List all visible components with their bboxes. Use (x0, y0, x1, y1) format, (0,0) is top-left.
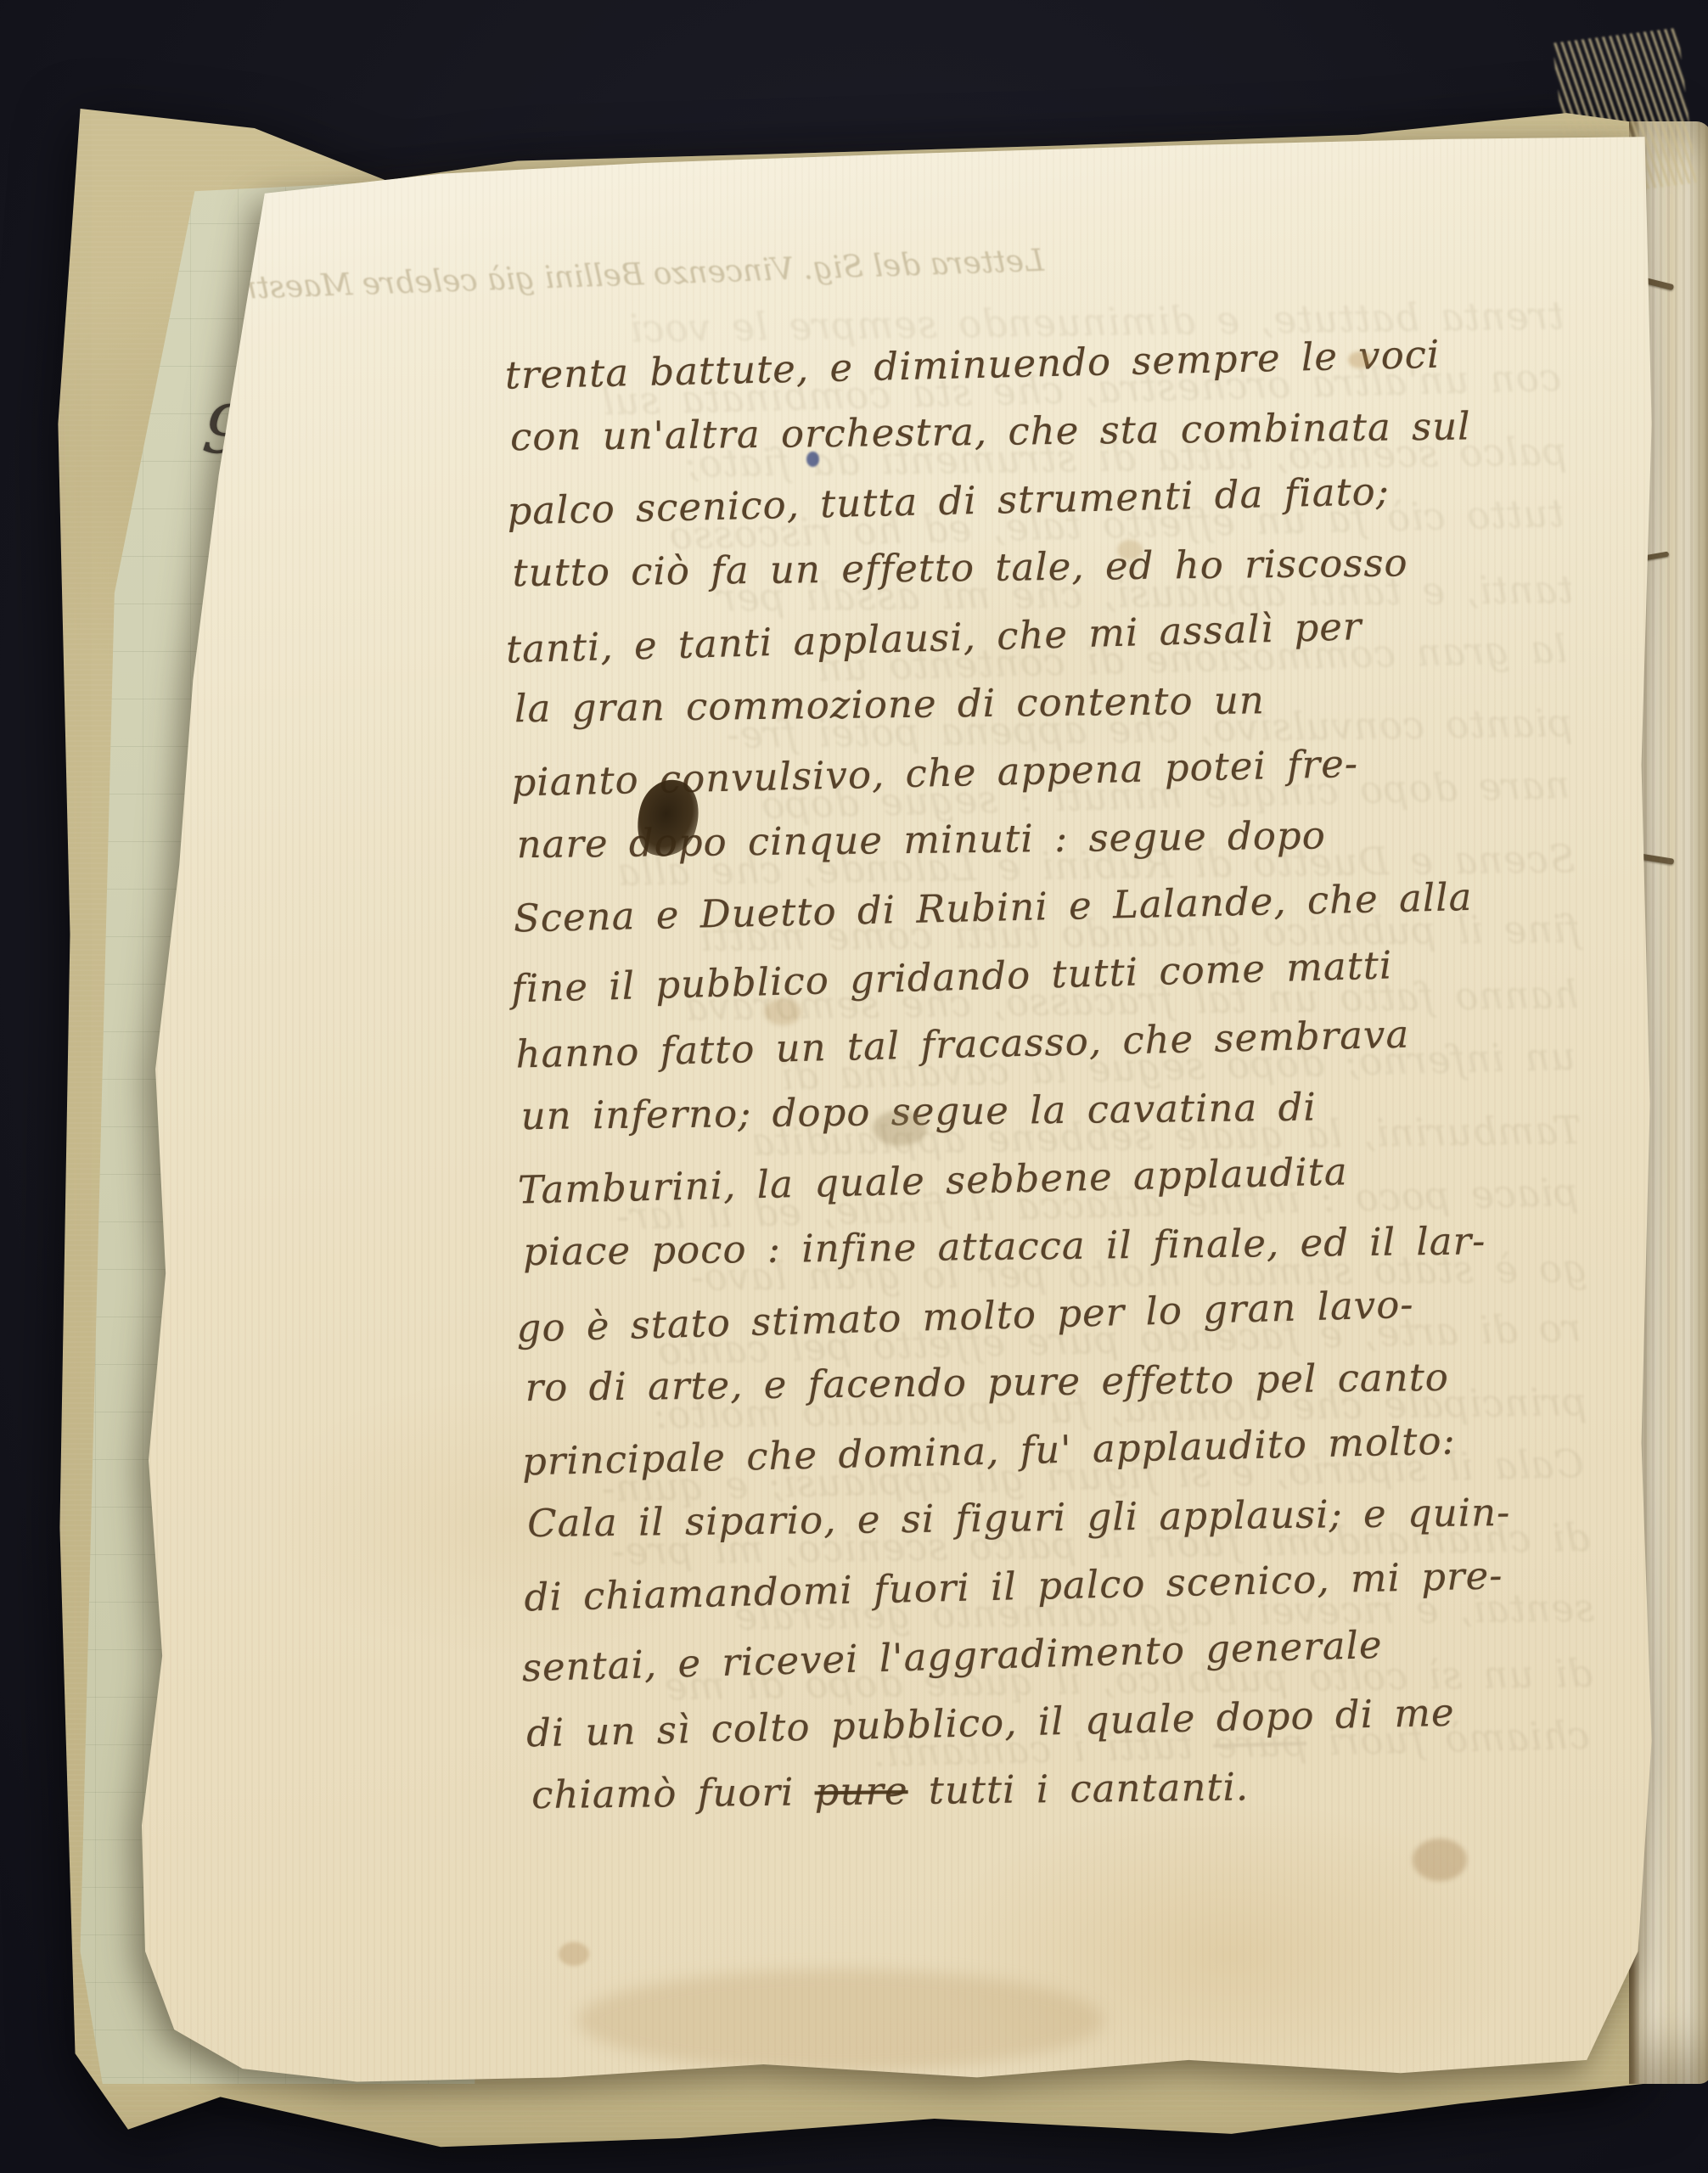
foxing-spot (559, 1942, 589, 1966)
stain (577, 1969, 1104, 2071)
final-line-prefix: chiamò fuori (531, 1769, 815, 1817)
photographic-backdrop: 9 trenta battute, e diminuendo sempre le… (0, 0, 1708, 2173)
struck-out-word: pure (814, 1768, 908, 1814)
manuscript-page: trenta battute, e diminuendo sempre le v… (0, 0, 1708, 2173)
manuscript-page-shadow: trenta battute, e diminuendo sempre le v… (0, 0, 1708, 2173)
manuscript-text: trenta battute, e diminuendo sempre le v… (504, 321, 1614, 1832)
manuscript-line-final: chiamò fuori pure tutti i cantanti. (531, 1749, 1619, 1830)
foxing-spot (1413, 1839, 1467, 1881)
final-line-suffix: tutti i cantanti. (907, 1765, 1249, 1814)
